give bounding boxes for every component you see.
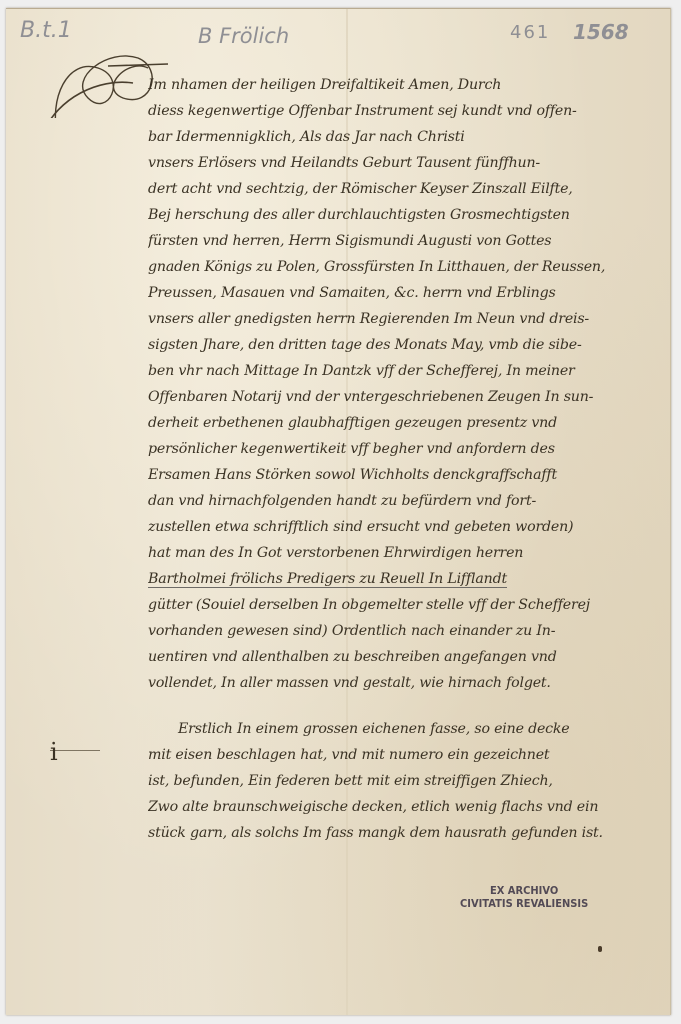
folio-number: 461	[510, 22, 550, 43]
text-line: zustellen etwa schrifftlich sind ersucht…	[148, 514, 668, 540]
text-line: dert acht vnd sechtzig, der Römischer Ke…	[148, 176, 668, 202]
text-line: stück garn, als solchs Im fass mangk dem…	[148, 820, 668, 846]
stamp-line-1: EX ARCHIVO	[460, 884, 588, 897]
text-line: ist, befunden, Ein federen bett mit eim …	[148, 768, 668, 794]
underlined-name-bartholmei: Bartholmei frölichs Predigers zu Reuell …	[148, 571, 507, 588]
text-line: derheit erbethenen glaubhafftigen gezeug…	[148, 410, 668, 436]
archival-name-note: B Frölich	[198, 24, 289, 48]
text-line: dan vnd hirnachfolgenden handt zu befürd…	[148, 488, 668, 514]
ink-stain	[598, 946, 602, 952]
archive-stamp: EX ARCHIVO CIVITATIS REVALIENSIS	[460, 884, 588, 910]
text-line: Zwo alte braunschweigische decken, etlic…	[148, 794, 668, 820]
text-line-underlined: Bartholmei frölichs Predigers zu Reuell …	[148, 566, 668, 592]
text-line: Erstlich In einem grossen eichenen fasse…	[148, 716, 668, 742]
text-line: bar Idermennigklich, Als das Jar nach Ch…	[148, 124, 668, 150]
manuscript-text: Im nhamen der heiligen Dreifaltikeit Ame…	[148, 72, 668, 846]
text-line: vnsers aller gnedigsten herrn Regierende…	[148, 306, 668, 332]
text-line: ben vhr nach Mittage In Dantzk vff der S…	[148, 358, 668, 384]
text-line: Im nhamen der heiligen Dreifaltikeit Ame…	[148, 72, 668, 98]
paragraph-inventory: Erstlich In einem grossen eichenen fasse…	[148, 716, 668, 846]
archival-year: 1568	[573, 20, 629, 44]
text-line: gütter (Souiel derselben In obgemelter s…	[148, 592, 668, 618]
text-line: diess kegenwertige Offenbar Instrument s…	[148, 98, 668, 124]
text-line: gnaden Königs zu Polen, Grossfürsten In …	[148, 254, 668, 280]
margin-mark: i	[50, 738, 58, 766]
text-line: mit eisen beschlagen hat, vnd mit numero…	[148, 742, 668, 768]
text-line: sigsten Jhare, den dritten tage des Mona…	[148, 332, 668, 358]
paragraph-preamble: Im nhamen der heiligen Dreifaltikeit Ame…	[148, 72, 668, 696]
stamp-line-2: CIVITATIS REVALIENSIS	[460, 897, 588, 910]
text-line: vorhanden gewesen sind) Ordentlich nach …	[148, 618, 668, 644]
text-line: vnsers Erlösers vnd Heilandts Geburt Tau…	[148, 150, 668, 176]
text-line: persönlicher kegenwertikeit vff begher v…	[148, 436, 668, 462]
text-line: Preussen, Masauen vnd Samaiten, &c. herr…	[148, 280, 668, 306]
text-line: hat man des In Got verstorbenen Ehrwirdi…	[148, 540, 668, 566]
text-line: Offenbaren Notarij vnd der vntergeschrie…	[148, 384, 668, 410]
text-line: Ersamen Hans Störken sowol Wichholts den…	[148, 462, 668, 488]
text-line: fürsten vnd herren, Herrn Sigismundi Aug…	[148, 228, 668, 254]
text-line: uentiren vnd allenthalben zu beschreiben…	[148, 644, 668, 670]
text-line: vollendet, In aller massen vnd gestalt, …	[148, 670, 668, 696]
text-line: Bej herschung des aller durchlauchtigste…	[148, 202, 668, 228]
